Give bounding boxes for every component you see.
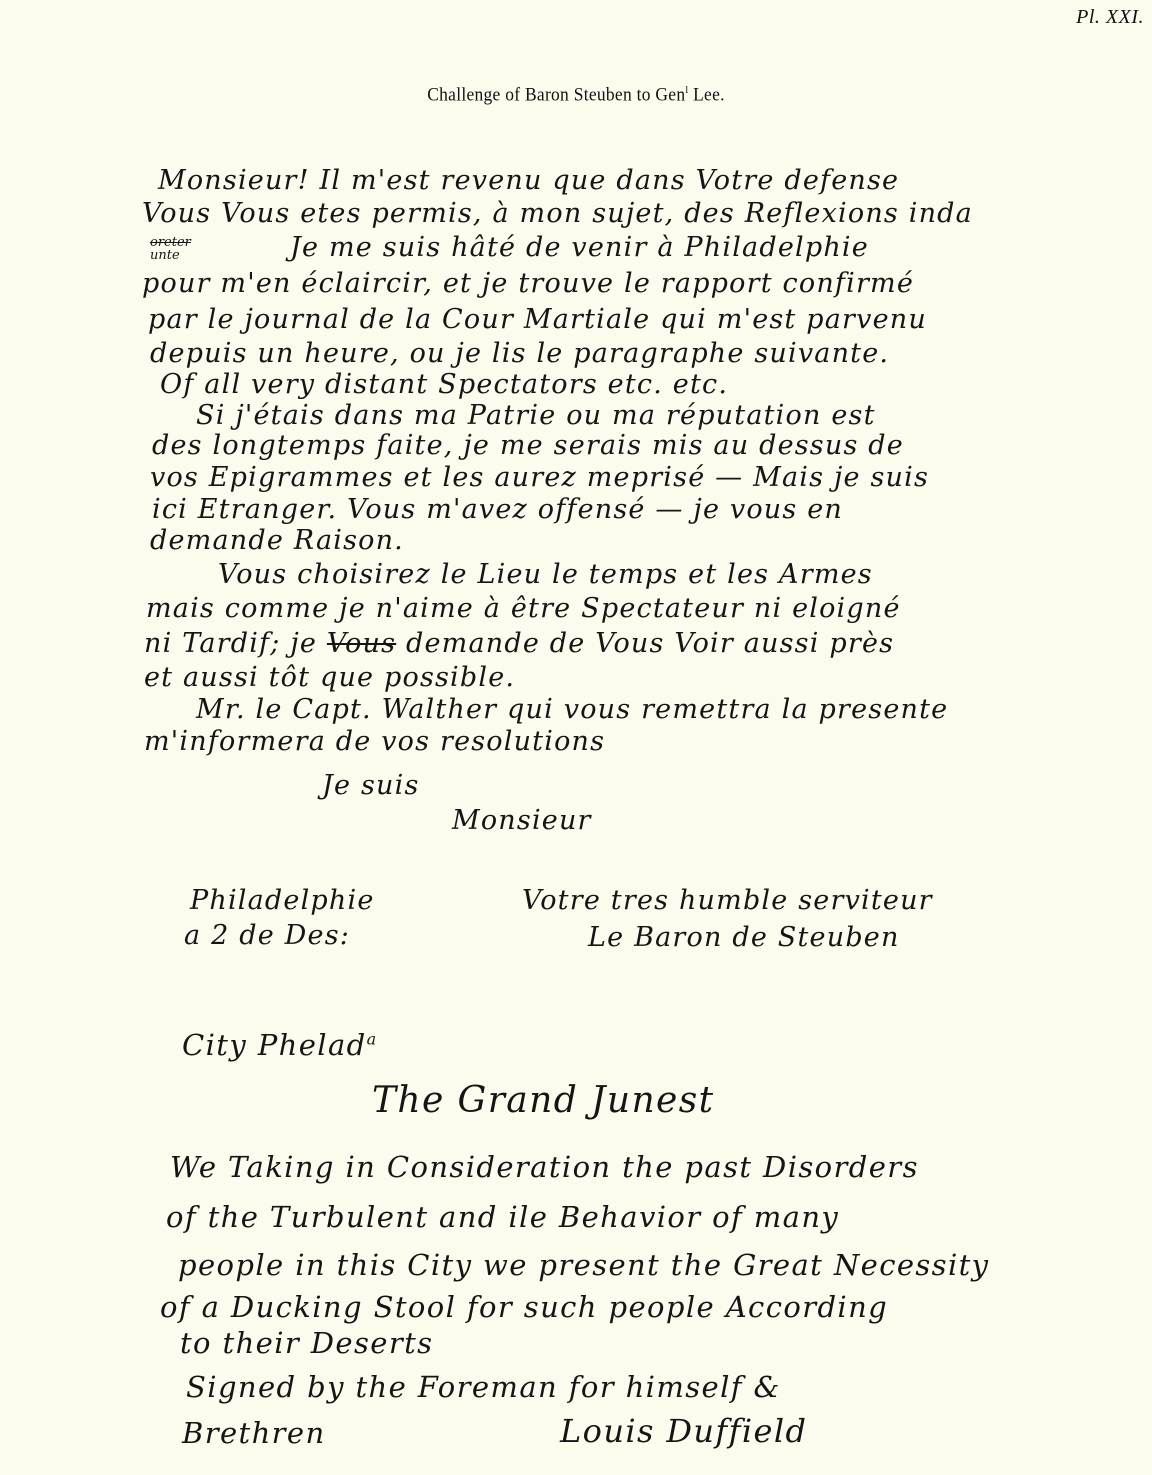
letter-line: Of all very distant Spectators etc. etc. [160,369,728,400]
plate-number: Pl. XXI. [1076,6,1144,29]
letter-line: depuis un heure, ou je lis le paragraphe… [150,338,889,369]
presentment-line: Brethren [182,1416,326,1450]
signoff-line: Votre tres humble serviteur [522,885,933,916]
letter-line: pour m'en éclaircir, et je trouve le rap… [142,268,914,299]
letter-place: Philadelphie [190,885,375,916]
presentment-line: people in this City we present the Great… [178,1248,989,1282]
struck-word: Vous [327,628,396,659]
letter-line: demande Raison. [150,525,404,556]
letter-line: et aussi tôt que possible. [144,662,515,693]
presentment-line: We Taking in Consideration the past Diso… [170,1150,919,1184]
letter-line-end: demande de Vous Voir aussi près [406,628,894,659]
presentment-line: to their Deserts [180,1326,433,1360]
letter-line: Je me suis hâté de venir à Philadelphie [290,232,869,263]
letter-line: vos Epigrammes et les aurez meprisé — Ma… [150,462,929,493]
presentment-line: of a Ducking Stool for such people Accor… [160,1290,888,1324]
letter-line: ni Tardif; je Vous demande de Vous Voir … [144,628,894,659]
signature-steuben: Le Baron de Steuben [588,922,900,953]
page-title: Challenge of Baron Steuben to Genl Lee. [46,84,1106,106]
letter-line: des longtemps faite, je me serais mis au… [152,430,904,461]
letter-date: a 2 de Des: [184,920,350,951]
presentment-heading: The Grand Junest [372,1080,715,1121]
letter-line: ici Etranger. Vous m'avez offensé — je v… [152,494,843,525]
letter-line: mais comme je n'aime à être Spectateur n… [146,593,901,624]
letter-line: Monsieur! Il m'est revenu que dans Votre… [158,165,899,196]
letter-line: Mr. le Capt. Walther qui vous remettra l… [196,694,948,725]
closing-je-suis: Je suis [322,770,420,801]
letter-line: m'informera de vos resolutions [144,726,605,757]
title-main: Challenge of Baron Steuben to Gen [427,84,685,105]
margin-note: oreter unte [150,236,191,262]
title-end: Lee. [688,84,724,105]
presentment-line: Signed by the Foreman for himself & [186,1370,781,1404]
letter-line: Vous Vous etes permis, à mon sujet, des … [142,198,973,229]
letter-line-start: ni Tardif; je [144,628,317,659]
signature-duffield: Louis Duffield [560,1412,807,1450]
presentment-place: City Phelada [182,1028,378,1062]
presentment-line: of the Turbulent and ile Behavior of man… [166,1200,839,1234]
closing-monsieur: Monsieur [452,805,592,836]
letter-line: Vous choisirez le Lieu le temps et les A… [218,559,873,590]
letter-line: par le journal de la Cour Martiale qui m… [148,304,927,335]
margin-note-under: unte [150,249,191,262]
letter-line: Si j'étais dans ma Patrie ou ma réputati… [196,400,876,431]
